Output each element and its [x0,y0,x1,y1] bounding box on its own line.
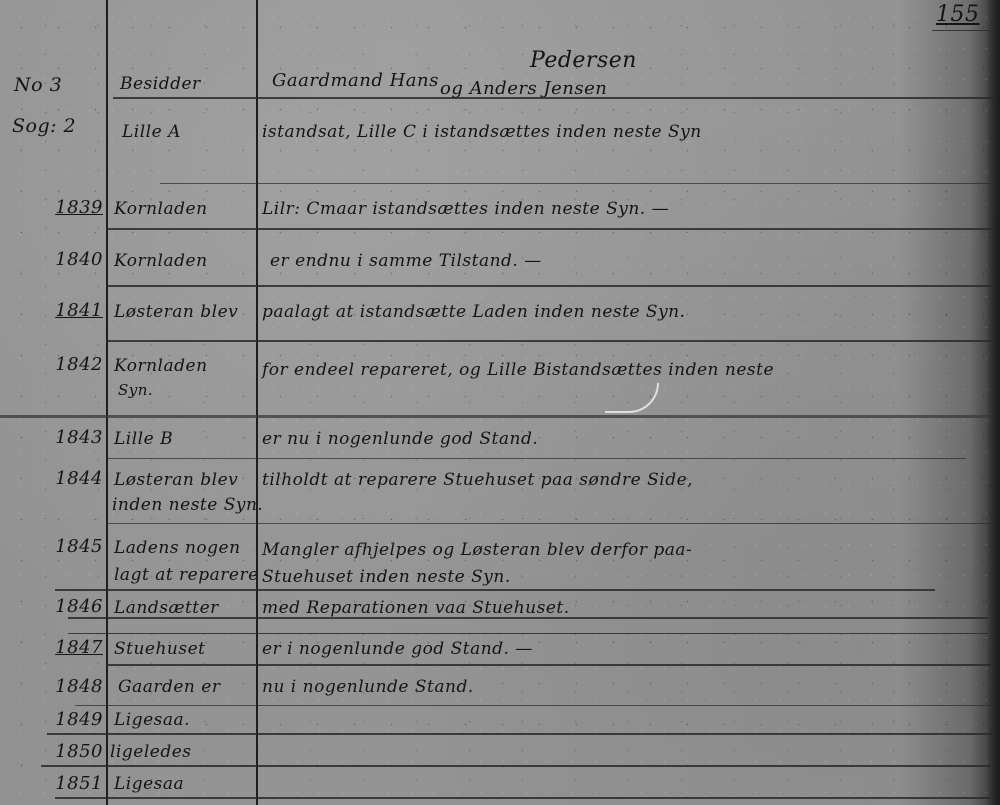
entry-label-continued: inden neste Syn. [112,495,263,515]
entry-label: Ladens nogen [114,538,241,558]
row-rule-1844 [106,523,991,524]
owner-name: Pedersen [530,48,637,73]
entry-text: paalagt at istandsætte Laden inden neste… [262,302,686,322]
entry-year: 1841 [48,300,103,321]
row-rule-1839-top [160,183,990,184]
entry-text: er nu i nogenlunde god Stand. [262,429,538,449]
entry-label: Stuehuset [114,639,206,659]
scan-artifact [605,383,659,413]
entry-label-continued: lagt at reparere [114,565,259,585]
row-rule-1841 [106,340,991,342]
entry-label-continued: Syn. [118,381,153,399]
entry-year: 1845 [48,536,103,557]
row-rule-1843 [106,458,966,459]
entry-label: Kornladen [114,356,208,376]
row-rule-1847 [106,664,991,666]
entry-text-continued: Stuehuset inden neste Syn. [262,567,511,587]
entry-label: Kornladen [114,251,208,271]
parish-number: Sog: 2 [12,115,76,137]
row-rule-1846b [68,633,988,634]
row-rule-1850 [41,765,991,767]
binding-edge-shadow [986,0,1000,805]
owner-prefix: Gaardmand Hans [272,70,439,91]
entry-year: 1842 [48,354,103,375]
row-rule-1840 [106,285,991,287]
ledger-page: 155 No 3 Sog: 2 Besidder Gaardmand Hans … [0,0,1000,805]
entry-text: er i nogenlunde god Stand. — [262,639,533,659]
first-entry-label: Lille A [122,122,181,142]
entry-year: 1843 [48,427,103,448]
farm-number: No 3 [14,74,62,96]
entry-year: 1849 [48,709,103,730]
row-rule-1842 [0,415,992,418]
column-label-besidder: Besidder [120,74,201,94]
row-rule-1845 [55,589,935,591]
row-rule-1851 [55,797,990,799]
entry-text: Lilr: Cmaar istandsættes inden neste Syn… [262,199,669,219]
column-rule-middle [256,0,258,805]
entry-text: tilholdt at reparere Stuehuset paa søndr… [262,470,693,490]
owner-second-line: og Anders Jensen [440,78,607,99]
entry-year: 1847 [48,637,103,658]
entry-year: 1850 [48,741,103,762]
entry-label: Løsteran blev [114,470,238,490]
entry-text: for endeel repareret, og Lille Bistandsæ… [262,360,774,380]
entry-label: Landsætter [114,598,219,618]
entry-label: Kornladen [114,199,208,219]
entry-year: 1839 [48,197,103,218]
entry-text: Mangler afhjelpes og Løsteran blev derfo… [262,540,692,560]
page-number-underline [932,30,990,31]
entry-text: med Reparationen vaa Stuehuset. [262,598,570,618]
first-entry-text: istandsat, Lille C i istandsættes inden … [262,122,702,142]
row-rule-1839 [106,228,991,230]
entry-year: 1848 [48,676,103,697]
entry-year: 1846 [48,596,103,617]
entry-year: 1844 [48,468,103,489]
entry-text: er endnu i samme Tilstand. — [270,251,542,271]
entry-label: Lille B [114,429,173,449]
entry-label: Gaarden er [118,677,220,697]
entry-label: Ligesaa. [114,710,190,730]
column-rule-left [106,0,108,805]
entry-label: ligeledes [110,742,191,762]
entry-text: nu i nogenlunde Stand. [262,677,474,697]
entry-label: Løsteran blev [114,302,238,322]
entry-label: Ligesaa [114,774,184,794]
page-number: 155 [936,2,980,27]
row-rule-1848 [75,705,990,706]
row-rule-1849 [47,733,992,735]
entry-year: 1851 [48,773,103,794]
entry-year: 1840 [48,249,103,270]
